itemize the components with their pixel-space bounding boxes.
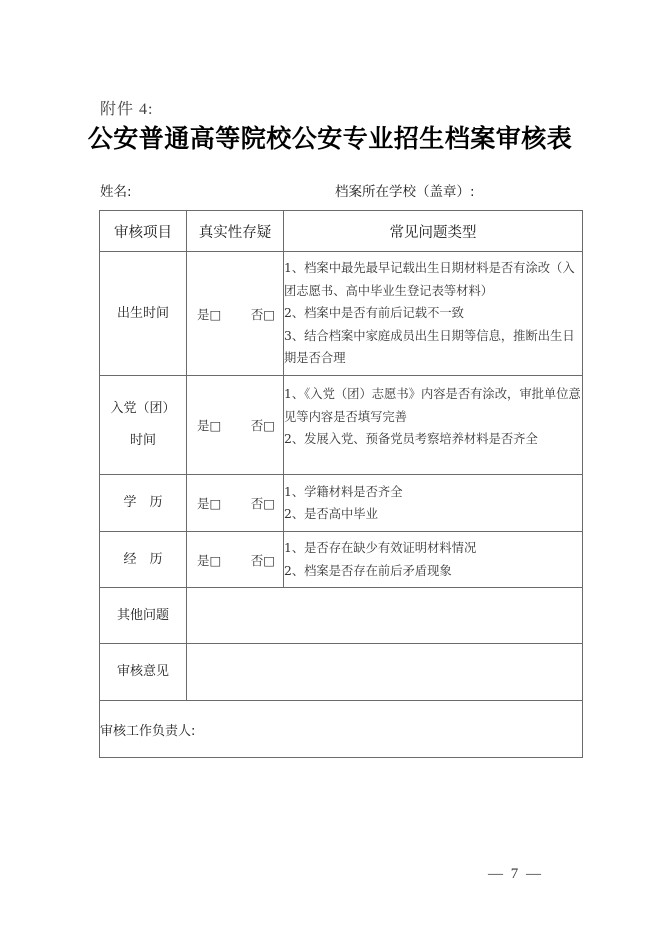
item-birth-date: 出生时间 bbox=[100, 252, 187, 376]
responsible-person-field[interactable]: 审核工作负责人: bbox=[100, 701, 583, 758]
yes-checkbox[interactable]: 是□ bbox=[197, 416, 221, 434]
yes-no-choice: 是□ 否□ bbox=[187, 252, 284, 376]
item-experience: 经 历 bbox=[100, 532, 187, 588]
other-issues-label: 其他问题 bbox=[100, 588, 187, 644]
table-row-experience: 经 历 是□ 否□ 1、是否存在缺少有效证明材料情况 2、档案是否存在前后矛盾现… bbox=[100, 532, 583, 588]
yes-no-choice: 是□ 否□ bbox=[187, 532, 284, 588]
item-label-line2: 时间 bbox=[100, 428, 186, 454]
issue-text: 3、结合档案中家庭成员出生日期等信息，推断出生日期是否合理 bbox=[284, 325, 582, 370]
responsible-person-label: 审核工作负责人: bbox=[100, 724, 195, 739]
no-checkbox[interactable]: 否□ bbox=[251, 494, 275, 512]
item-education: 学 历 bbox=[100, 475, 187, 532]
name-field-label: 姓名: bbox=[100, 180, 132, 200]
page-number: — 7 — bbox=[488, 866, 543, 883]
no-checkbox[interactable]: 否□ bbox=[251, 305, 275, 323]
yes-checkbox[interactable]: 是□ bbox=[197, 551, 221, 569]
table-row-education: 学 历 是□ 否□ 1、学籍材料是否齐全 2、是否高中毕业 bbox=[100, 475, 583, 532]
issue-text: 1、档案中最先最早记载出生日期材料是否有涂改（入团志愿书、高中毕业生登记表等材料… bbox=[284, 257, 582, 302]
table-row-audit-opinion: 审核意见 bbox=[100, 644, 583, 701]
issue-text: 2、发展入党、预备党员考察培养材料是否齐全 bbox=[284, 428, 582, 451]
yes-no-choice: 是□ 否□ bbox=[187, 475, 284, 532]
issue-text: 1、《入党（团）志愿书》内容是否有涂改，审批单位意见等内容是否填写完善 bbox=[284, 383, 582, 428]
issue-text: 1、是否存在缺少有效证明材料情况 bbox=[284, 537, 582, 560]
header-common-issues: 常见问题类型 bbox=[284, 211, 583, 252]
no-checkbox[interactable]: 否□ bbox=[251, 551, 275, 569]
table-row-responsible-person: 审核工作负责人: bbox=[100, 701, 583, 758]
issue-text: 1、学籍材料是否齐全 bbox=[284, 481, 582, 504]
other-issues-field[interactable] bbox=[187, 588, 583, 644]
audit-opinion-field[interactable] bbox=[187, 644, 583, 701]
issues-list: 1、学籍材料是否齐全 2、是否高中毕业 bbox=[284, 475, 583, 532]
yes-checkbox[interactable]: 是□ bbox=[197, 494, 221, 512]
document-title: 公安普通高等院校公安专业招生档案审核表 bbox=[0, 119, 660, 155]
attachment-label: 附件 4: bbox=[100, 96, 153, 119]
item-label-line1: 入党（团） bbox=[100, 396, 186, 422]
no-checkbox[interactable]: 否□ bbox=[251, 416, 275, 434]
audit-opinion-label: 审核意见 bbox=[100, 644, 187, 701]
yes-checkbox[interactable]: 是□ bbox=[197, 305, 221, 323]
header-authenticity-doubt: 真实性存疑 bbox=[187, 211, 284, 252]
header-audit-item: 审核项目 bbox=[100, 211, 187, 252]
issues-list: 1、是否存在缺少有效证明材料情况 2、档案是否存在前后矛盾现象 bbox=[284, 532, 583, 588]
table-row-party-join-date: 入党（团） 时间 是□ 否□ 1、《入党（团）志愿书》内容是否有涂改，审批单位意… bbox=[100, 376, 583, 475]
audit-table: 审核项目 真实性存疑 常见问题类型 出生时间 是□ 否□ 1、档案中最先最早记载… bbox=[99, 210, 583, 758]
item-party-join-date: 入党（团） 时间 bbox=[100, 376, 187, 475]
issues-list: 1、《入党（团）志愿书》内容是否有涂改，审批单位意见等内容是否填写完善 2、发展… bbox=[284, 376, 583, 475]
school-field-label: 档案所在学校（盖章）: bbox=[335, 180, 475, 200]
yes-no-choice: 是□ 否□ bbox=[187, 376, 284, 475]
issue-text: 2、是否高中毕业 bbox=[284, 503, 582, 526]
table-row-birth-date: 出生时间 是□ 否□ 1、档案中最先最早记载出生日期材料是否有涂改（入团志愿书、… bbox=[100, 252, 583, 376]
table-header-row: 审核项目 真实性存疑 常见问题类型 bbox=[100, 211, 583, 252]
issue-text: 2、档案中是否有前后记载不一致 bbox=[284, 302, 582, 325]
issue-text: 2、档案是否存在前后矛盾现象 bbox=[284, 560, 582, 583]
issues-list: 1、档案中最先最早记载出生日期材料是否有涂改（入团志愿书、高中毕业生登记表等材料… bbox=[284, 252, 583, 376]
table-row-other-issues: 其他问题 bbox=[100, 588, 583, 644]
